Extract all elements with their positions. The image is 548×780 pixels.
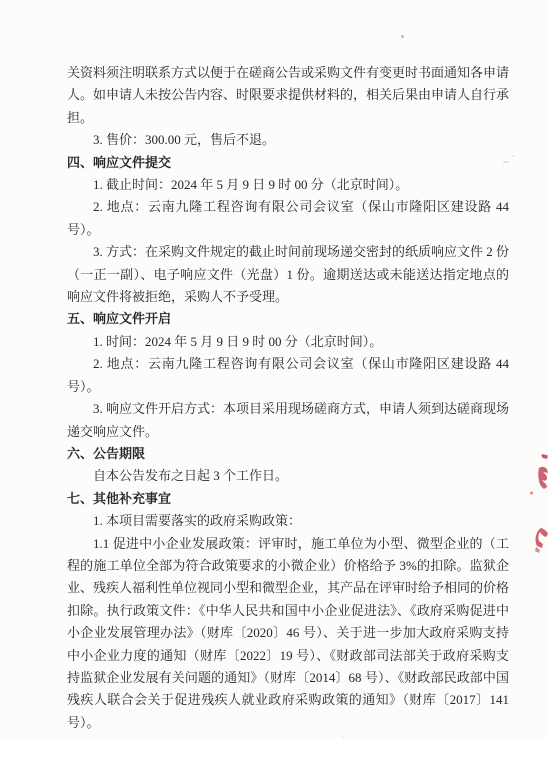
paragraph: 3. 售价：300.00 元，售后不退。 <box>67 129 509 151</box>
section-heading: 七、其他补充事宜 <box>67 488 509 510</box>
paragraph: 关资料须注明联系方式以便于在磋商公告或采购文件有变更时书面通知各申请人。如申请人… <box>67 62 509 129</box>
paragraph: 2. 地点：云南九隆工程咨询有限公司会议室（保山市隆阳区建设路 44 号）。 <box>67 196 509 241</box>
stamp-fragment <box>528 450 548 555</box>
section-heading: 五、响应文件开启 <box>67 308 509 330</box>
scan-speck <box>512 155 515 157</box>
paragraph: 1.1 促进中小企业发展政策：评审时，施工单位为小型、微型企业的（工程的施工单位… <box>67 533 509 735</box>
paragraph: 3. 方式：在采购文件规定的截止时间前现场递交密封的纸质响应文件 2 份（一正一… <box>67 241 509 308</box>
scan-speck <box>503 161 509 163</box>
paragraph: 1. 本项目需要落实的政府采购政策： <box>67 510 509 532</box>
document-body: 关资料须注明联系方式以便于在磋商公告或采购文件有变更时书面通知各申请人。如申请人… <box>67 62 509 779</box>
paragraph: 1. 时间：2024 年 5 月 9 日 9 时 00 分（北京时间）。 <box>67 331 509 353</box>
section-heading: 六、公告期限 <box>67 443 509 465</box>
scan-speck <box>401 35 404 38</box>
paragraph: 3. 响应文件开启方式：本项目采用现场磋商方式，申请人须到达磋商现场递交响应文件… <box>67 398 509 443</box>
scanned-page: 关资料须注明联系方式以便于在磋商公告或采购文件有变更时书面通知各申请人。如申请人… <box>0 0 548 780</box>
paragraph: 自本公告发布之日起 3 个工作日。 <box>67 465 509 487</box>
paragraph: 2. 地点：云南九隆工程咨询有限公司会议室（保山市隆阳区建设路 44 号）。 <box>67 353 509 398</box>
paper-bottom-edge <box>0 738 548 780</box>
section-heading: 四、响应文件提交 <box>67 152 509 174</box>
paragraph: 1. 截止时间：2024 年 5 月 9 日 9 时 00 分（北京时间）。 <box>67 174 509 196</box>
